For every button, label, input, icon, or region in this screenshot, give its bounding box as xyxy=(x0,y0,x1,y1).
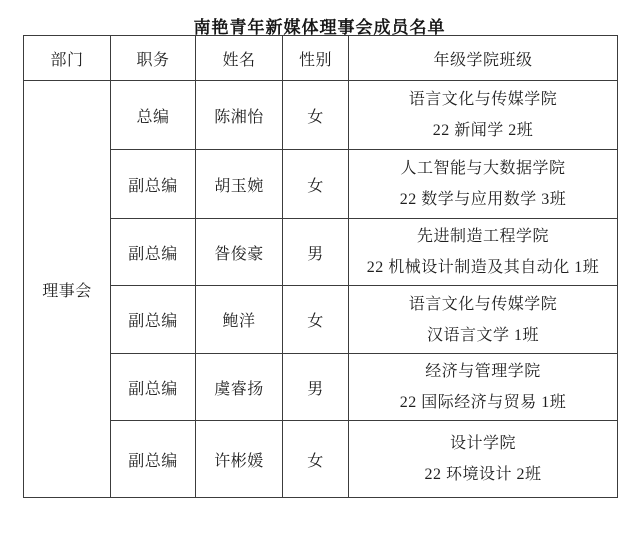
grade-class-line: 22 环境设计 2班 xyxy=(349,459,617,490)
header-cell-class-info: 年级学院班级 xyxy=(349,36,618,81)
grade-class-line: 22 数学与应用数学 3班 xyxy=(349,184,617,215)
table-row: 副总编 胡玉婉 女 人工智能与大数据学院 22 数学与应用数学 3班 xyxy=(24,150,618,219)
grade-class-line: 22 新闻学 2班 xyxy=(349,115,617,146)
header-cell-position: 职务 xyxy=(111,36,196,81)
position-cell: 副总编 xyxy=(111,354,196,421)
table-row: 副总编 昝俊豪 男 先进制造工程学院 22 机械设计制造及其自动化 1班 xyxy=(24,219,618,286)
college-line: 先进制造工程学院 xyxy=(349,221,617,252)
name-cell: 陈湘怡 xyxy=(196,81,283,150)
college-line: 经济与管理学院 xyxy=(349,356,617,387)
name-cell: 昝俊豪 xyxy=(196,219,283,286)
header-cell-name: 姓名 xyxy=(196,36,283,81)
position-cell: 副总编 xyxy=(111,421,196,498)
name-cell: 虞睿扬 xyxy=(196,354,283,421)
position-cell: 副总编 xyxy=(111,150,196,219)
college-line: 语言文化与传媒学院 xyxy=(349,289,617,320)
class-info-cell: 人工智能与大数据学院 22 数学与应用数学 3班 xyxy=(349,150,618,219)
class-info-cell: 语言文化与传媒学院 22 新闻学 2班 xyxy=(349,81,618,150)
college-line: 语言文化与传媒学院 xyxy=(349,84,617,115)
grade-class-line: 22 国际经济与贸易 1班 xyxy=(349,387,617,418)
table-row: 副总编 鲍洋 女 语言文化与传媒学院 汉语言文学 1班 xyxy=(24,286,618,354)
name-cell: 许彬媛 xyxy=(196,421,283,498)
position-cell: 总编 xyxy=(111,81,196,150)
header-cell-department: 部门 xyxy=(24,36,111,81)
class-info-cell: 设计学院 22 环境设计 2班 xyxy=(349,421,618,498)
gender-cell: 男 xyxy=(283,219,349,286)
position-cell: 副总编 xyxy=(111,286,196,354)
gender-cell: 女 xyxy=(283,150,349,219)
table-row: 副总编 虞睿扬 男 经济与管理学院 22 国际经济与贸易 1班 xyxy=(24,354,618,421)
college-line: 设计学院 xyxy=(349,428,617,459)
name-cell: 鲍洋 xyxy=(196,286,283,354)
gender-cell: 男 xyxy=(283,354,349,421)
college-line: 人工智能与大数据学院 xyxy=(349,153,617,184)
header-cell-gender: 性别 xyxy=(283,36,349,81)
gender-cell: 女 xyxy=(283,421,349,498)
position-cell: 副总编 xyxy=(111,219,196,286)
table-row: 理事会 总编 陈湘怡 女 语言文化与传媒学院 22 新闻学 2班 xyxy=(24,81,618,150)
gender-cell: 女 xyxy=(283,286,349,354)
class-info-cell: 经济与管理学院 22 国际经济与贸易 1班 xyxy=(349,354,618,421)
table-row: 副总编 许彬媛 女 设计学院 22 环境设计 2班 xyxy=(24,421,618,498)
department-cell: 理事会 xyxy=(24,81,111,498)
gender-cell: 女 xyxy=(283,81,349,150)
members-table: 部门 职务 姓名 性别 年级学院班级 理事会 总编 陈湘怡 女 语言文化与传媒学… xyxy=(23,35,618,498)
table-header-row: 部门 职务 姓名 性别 年级学院班级 xyxy=(24,36,618,81)
name-cell: 胡玉婉 xyxy=(196,150,283,219)
page-title: 南艳青年新媒体理事会成员名单 xyxy=(0,0,639,35)
class-info-cell: 语言文化与传媒学院 汉语言文学 1班 xyxy=(349,286,618,354)
grade-class-line: 22 机械设计制造及其自动化 1班 xyxy=(349,252,617,283)
class-info-cell: 先进制造工程学院 22 机械设计制造及其自动化 1班 xyxy=(349,219,618,286)
grade-class-line: 汉语言文学 1班 xyxy=(349,320,617,351)
